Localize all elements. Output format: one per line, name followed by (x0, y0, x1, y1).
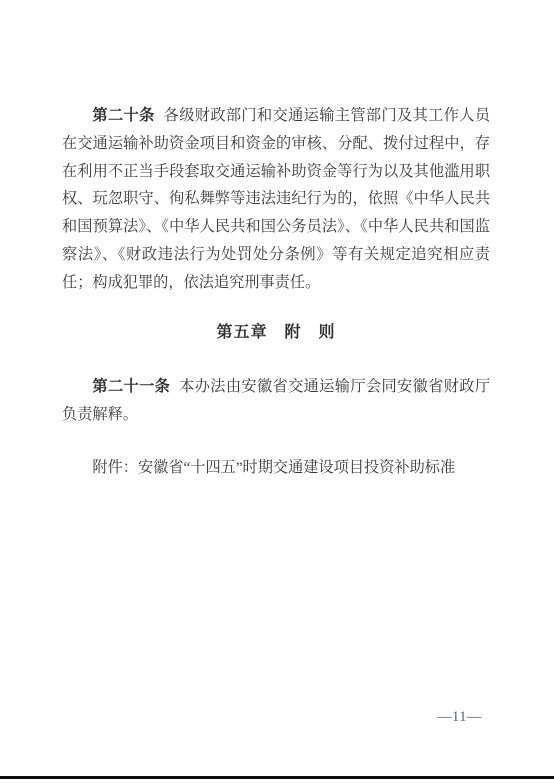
document-body: 第二十条各级财政部门和交通运输主管部门及其工作人员在交通运输补助资金项目和资金的… (62, 102, 490, 482)
page-number: —11— (437, 708, 482, 726)
article-20-number: 第二十条 (92, 107, 154, 124)
article-20-paragraph: 第二十条各级财政部门和交通运输主管部门及其工作人员在交通运输补助资金项目和资金的… (62, 102, 490, 297)
article-21-paragraph: 第二十一条本办法由安徽省交通运输厅会同安徽省财政厅负责解释。 (62, 373, 490, 429)
attachment-line: 附件：安徽省“十四五”时期交通建设项目投资补助标准 (62, 454, 490, 482)
article-21-number: 第二十一条 (92, 378, 170, 395)
chapter-5-heading: 第五章 附 则 (62, 319, 490, 347)
document-page: 第二十条各级财政部门和交通运输主管部门及其工作人员在交通运输补助资金项目和资金的… (0, 0, 554, 784)
page-bottom-rule (0, 776, 554, 779)
article-20-text: 各级财政部门和交通运输主管部门及其工作人员在交通运输补助资金项目和资金的审核、分… (62, 107, 490, 291)
